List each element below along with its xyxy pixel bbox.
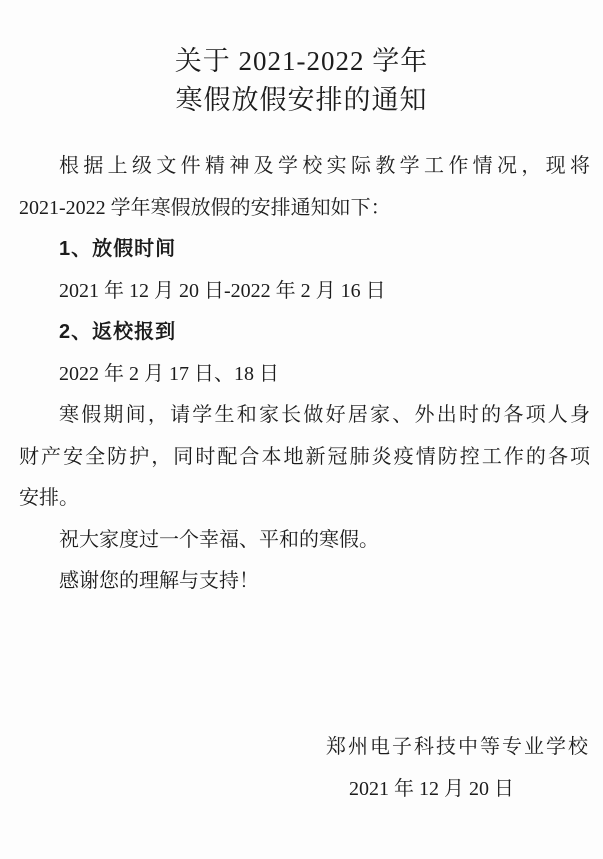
section-1-date-range: 2021 年 12 月 20 日-2022 年 2 月 16 日 xyxy=(19,271,590,313)
notice-signature: 郑州电子科技中等专业学校 2021 年 12 月 20 日 xyxy=(19,727,590,810)
safety-line-3: 安排。 xyxy=(19,478,590,520)
wish-line: 祝大家度过一个幸福、平和的寒假。 xyxy=(19,520,590,562)
safety-line-1: 寒假期间，请学生和家长做好居家、外出时的各项人身 xyxy=(19,395,590,437)
title-line-1: 关于 2021-2022 学年 xyxy=(0,42,603,81)
title-line-2: 寒假放假安排的通知 xyxy=(0,81,603,120)
notice-page: 关于 2021-2022 学年 寒假放假安排的通知 根据上级文件精神及学校实际教… xyxy=(0,0,603,859)
signature-date: 2021 年 12 月 20 日 xyxy=(19,769,590,811)
notice-title: 关于 2021-2022 学年 寒假放假安排的通知 xyxy=(0,42,603,120)
section-2-heading: 2、返校报到 xyxy=(19,312,590,354)
section-1-heading: 1、放假时间 xyxy=(19,229,590,271)
thanks-line: 感谢您的理解与支持！ xyxy=(19,561,590,603)
intro-line-2: 2021-2022 学年寒假放假的安排通知如下： xyxy=(19,188,590,230)
notice-body: 根据上级文件精神及学校实际教学工作情况，现将 2021-2022 学年寒假放假的… xyxy=(19,146,590,603)
safety-line-2: 财产安全防护，同时配合本地新冠肺炎疫情防控工作的各项 xyxy=(19,437,590,479)
section-2-dates: 2022 年 2 月 17 日、18 日 xyxy=(19,354,590,396)
intro-line-1: 根据上级文件精神及学校实际教学工作情况，现将 xyxy=(19,146,590,188)
signature-school-name: 郑州电子科技中等专业学校 xyxy=(19,727,590,769)
